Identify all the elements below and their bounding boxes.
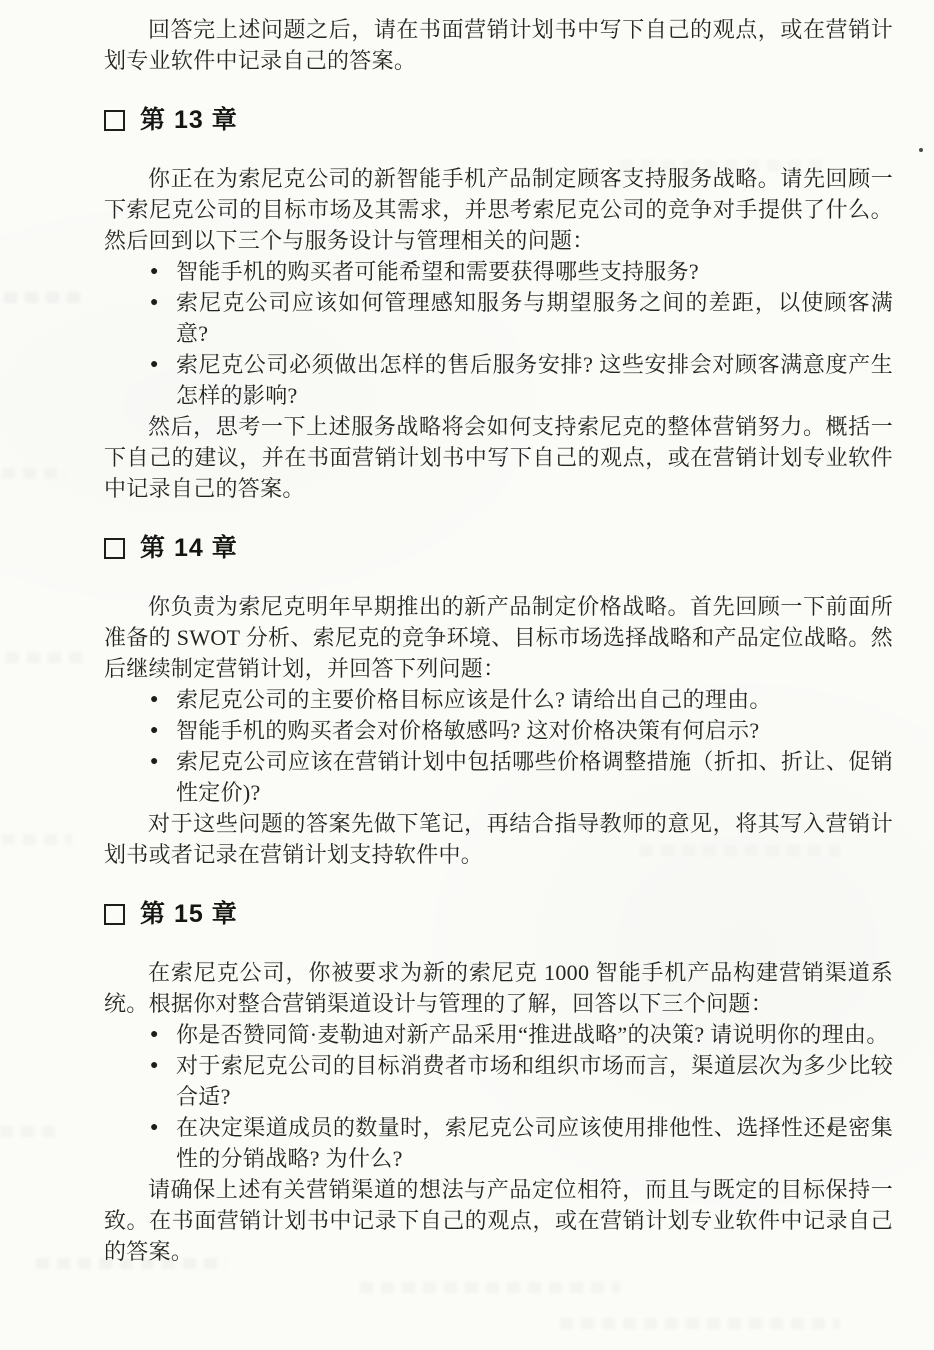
scan-smudge [2, 468, 66, 479]
chapter-heading: 第 15 章 [104, 897, 893, 931]
chapter-heading-label: 第 13 章 [140, 103, 238, 137]
bullet-text: 对于索尼克公司的目标消费者市场和组织市场而言，渠道层次为多少比较合适? [176, 1050, 893, 1112]
paragraph: 回答完上述问题之后，请在书面营销计划书中写下自己的观点，或在营销计划专业软件中记… [104, 14, 893, 76]
scanned-page: 回答完上述问题之后，请在书面营销计划书中写下自己的观点，或在营销计划专业软件中记… [0, 0, 934, 1350]
bullet-icon: ● [150, 684, 166, 715]
bullet-text: 在决定渠道成员的数量时，索尼克公司应该使用排他性、选择性还是密集性的分销战略? … [176, 1112, 893, 1174]
scan-smudge [6, 652, 90, 663]
bullet-icon: ● [150, 1112, 166, 1143]
scan-smudge [560, 1318, 840, 1329]
checkbox-icon [104, 904, 125, 925]
paragraph: 你正在为索尼克公司的新智能手机产品制定顾客支持服务战略。请先回顾一下索尼克公司的… [104, 163, 893, 256]
list-item: ● 对于索尼克公司的目标消费者市场和组织市场而言，渠道层次为多少比较合适? [150, 1050, 893, 1112]
chapter-heading-label: 第 14 章 [140, 531, 238, 565]
bullet-list: ● 索尼克公司的主要价格目标应该是什么? 请给出自己的理由。 ● 智能手机的购买… [150, 684, 893, 808]
scan-smudge [2, 834, 72, 845]
scan-speck [919, 148, 923, 152]
checkbox-icon [104, 110, 125, 131]
paragraph: 在索尼克公司，你被要求为新的索尼克 1000 智能手机产品构建营销渠道系统。根据… [104, 957, 893, 1019]
list-item: ● 索尼克公司的主要价格目标应该是什么? 请给出自己的理由。 [150, 684, 893, 715]
scan-smudge [0, 1126, 60, 1137]
paragraph: 然后，思考一下上述服务战略将会如何支持索尼克的整体营销努力。概括一下自己的建议，… [104, 411, 893, 504]
list-item: ● 你是否赞同简·麦勒迪对新产品采用“推进战略”的决策? 请说明你的理由。 [150, 1019, 893, 1050]
list-item: ● 索尼克公司应该在营销计划中包括哪些价格调整措施（折扣、折让、促销性定价)? [150, 746, 893, 808]
chapter-heading: 第 13 章 [104, 103, 893, 137]
checkbox-icon [104, 538, 125, 559]
bullet-text: 索尼克公司应该在营销计划中包括哪些价格调整措施（折扣、折让、促销性定价)? [176, 746, 893, 808]
bullet-icon: ● [150, 256, 166, 287]
bullet-text: 索尼克公司的主要价格目标应该是什么? 请给出自己的理由。 [176, 684, 893, 715]
scan-smudge [360, 1282, 620, 1293]
bullet-icon: ● [150, 1050, 166, 1081]
bullet-icon: ● [150, 1019, 166, 1050]
bullet-text: 你是否赞同简·麦勒迪对新产品采用“推进战略”的决策? 请说明你的理由。 [176, 1019, 893, 1050]
bullet-icon: ● [150, 287, 166, 318]
paragraph: 对于这些问题的答案先做下笔记，再结合指导教师的意见，将其写入营销计划书或者记录在… [104, 808, 893, 870]
list-item: ● 在决定渠道成员的数量时，索尼克公司应该使用排他性、选择性还是密集性的分销战略… [150, 1112, 893, 1174]
scan-smudge [4, 292, 82, 303]
list-item: ● 索尼克公司应该如何管理感知服务与期望服务之间的差距，以使顾客满意? [150, 287, 893, 349]
chapter-heading: 第 14 章 [104, 531, 893, 565]
bullet-icon: ● [150, 715, 166, 746]
paragraph: 你负责为索尼克明年早期推出的新产品制定价格战略。首先回顾一下前面所准备的 SWO… [104, 591, 893, 684]
bullet-list: ● 你是否赞同简·麦勒迪对新产品采用“推进战略”的决策? 请说明你的理由。 ● … [150, 1019, 893, 1174]
list-item: ● 智能手机的购买者可能希望和需要获得哪些支持服务? [150, 256, 893, 287]
list-item: ● 智能手机的购买者会对价格敏感吗? 这对价格决策有何启示? [150, 715, 893, 746]
bullet-icon: ● [150, 349, 166, 380]
bullet-list: ● 智能手机的购买者可能希望和需要获得哪些支持服务? ● 索尼克公司应该如何管理… [150, 256, 893, 411]
bullet-text: 智能手机的购买者可能希望和需要获得哪些支持服务? [176, 256, 893, 287]
bullet-text: 智能手机的购买者会对价格敏感吗? 这对价格决策有何启示? [176, 715, 893, 746]
bullet-icon: ● [150, 746, 166, 777]
bullet-text: 索尼克公司必须做出怎样的售后服务安排? 这些安排会对顾客满意度产生怎样的影响? [176, 349, 893, 411]
paragraph: 请确保上述有关营销渠道的想法与产品定位相符，而且与既定的目标保持一致。在书面营销… [104, 1174, 893, 1267]
bullet-text: 索尼克公司应该如何管理感知服务与期望服务之间的差距，以使顾客满意? [176, 287, 893, 349]
chapter-heading-label: 第 15 章 [140, 897, 238, 931]
list-item: ● 索尼克公司必须做出怎样的售后服务安排? 这些安排会对顾客满意度产生怎样的影响… [150, 349, 893, 411]
